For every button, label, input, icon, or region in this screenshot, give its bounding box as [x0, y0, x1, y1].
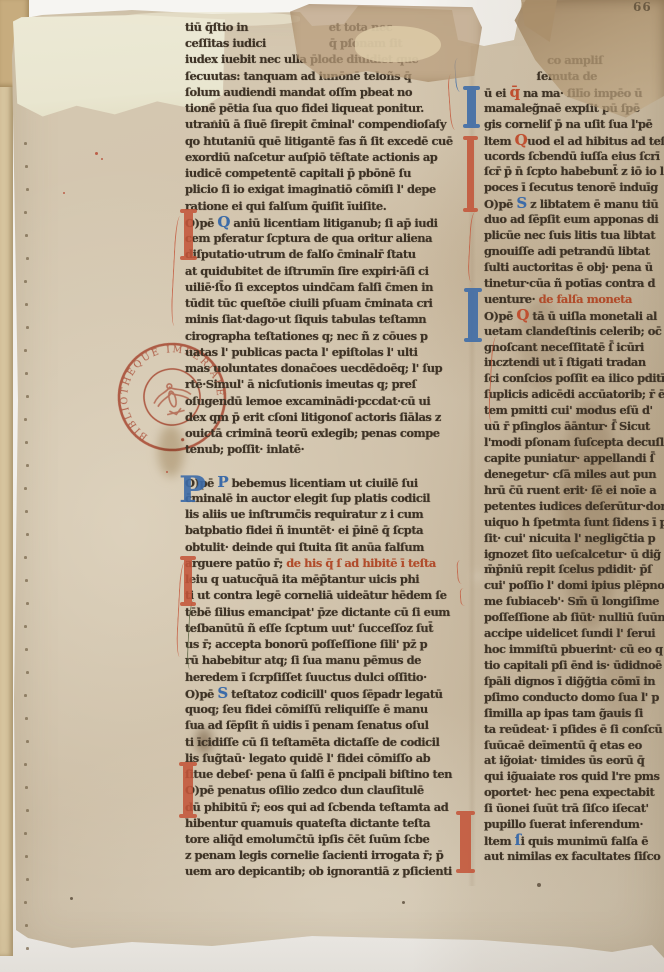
decorated-initial-bar — [460, 813, 471, 871]
stitch-hole — [25, 924, 28, 927]
stitch-hole — [25, 579, 28, 582]
stitch-hole — [25, 648, 28, 651]
ink-speck — [166, 471, 168, 473]
imperial-eagle-icon — [150, 379, 194, 419]
repair-patch-top-left — [13, 15, 225, 123]
manuscript-photo: BIBLIOTHÈQUE IMPÉRIALE tiū q̄ſtio in et … — [0, 0, 664, 972]
decorated-initial-bar — [183, 764, 193, 816]
parchment-stain — [520, 300, 560, 390]
stitch-hole — [24, 142, 27, 145]
stitch-hole — [24, 832, 27, 835]
stitch-hole — [24, 763, 27, 766]
stitch-hole — [25, 717, 28, 720]
stitch-hole — [26, 740, 29, 743]
decorated-initial-bar — [467, 88, 476, 126]
stitch-hole — [25, 372, 28, 375]
stitch-hole — [24, 211, 27, 214]
stitch-hole — [26, 533, 29, 536]
stitch-hole — [24, 280, 27, 283]
stitch-hole — [25, 786, 28, 789]
ink-speck — [101, 158, 103, 160]
ink-speck — [213, 120, 216, 123]
folio-number: 66 — [633, 1, 652, 13]
stitch-hole — [26, 809, 29, 812]
stamp-inner-ring — [138, 363, 206, 431]
ink-speck — [95, 152, 98, 155]
parchment-stain — [196, 728, 212, 754]
stitch-hole — [24, 694, 27, 697]
stitch-hole — [24, 418, 27, 421]
stitch-hole — [25, 234, 28, 237]
pen-flourish — [459, 588, 467, 606]
stitch-hole — [25, 165, 28, 168]
parchment-stain — [600, 620, 646, 730]
stitch-hole — [26, 188, 29, 191]
stitch-hole — [26, 671, 29, 674]
stitch-hole — [25, 303, 28, 306]
light-band-top — [120, 12, 300, 26]
stitch-hole — [26, 602, 29, 605]
stitch-hole — [26, 878, 29, 881]
parchment-stain — [476, 574, 481, 579]
adhesion-patch-left-column-light — [355, 26, 441, 62]
ink-speck — [537, 883, 541, 887]
stitch-hole — [24, 901, 27, 904]
stitch-hole — [24, 556, 27, 559]
stitch-hole — [26, 257, 29, 260]
stitch-hole — [25, 855, 28, 858]
stamp-bottom-ornament — [181, 438, 185, 442]
stitch-hole — [26, 464, 29, 467]
ink-speck — [63, 192, 65, 194]
stitch-hole — [25, 510, 28, 513]
stitch-hole — [26, 395, 29, 398]
stitch-hole — [24, 625, 27, 628]
stitch-hole — [26, 326, 29, 329]
ink-speck — [70, 897, 73, 900]
stitch-hole — [24, 349, 27, 352]
parchment-stain — [560, 400, 620, 630]
stitch-hole — [24, 487, 27, 490]
decorated-initial-bar — [184, 211, 193, 258]
adjacent-page-edge — [0, 0, 13, 956]
decorated-initial-letter: P — [179, 472, 206, 508]
stitch-hole — [25, 441, 28, 444]
stitch-hole — [26, 947, 29, 950]
decorated-initial-bar — [184, 558, 192, 604]
decorated-initial-bar — [467, 138, 474, 210]
ink-speck — [402, 901, 405, 904]
decorated-initial-bar — [468, 290, 478, 340]
